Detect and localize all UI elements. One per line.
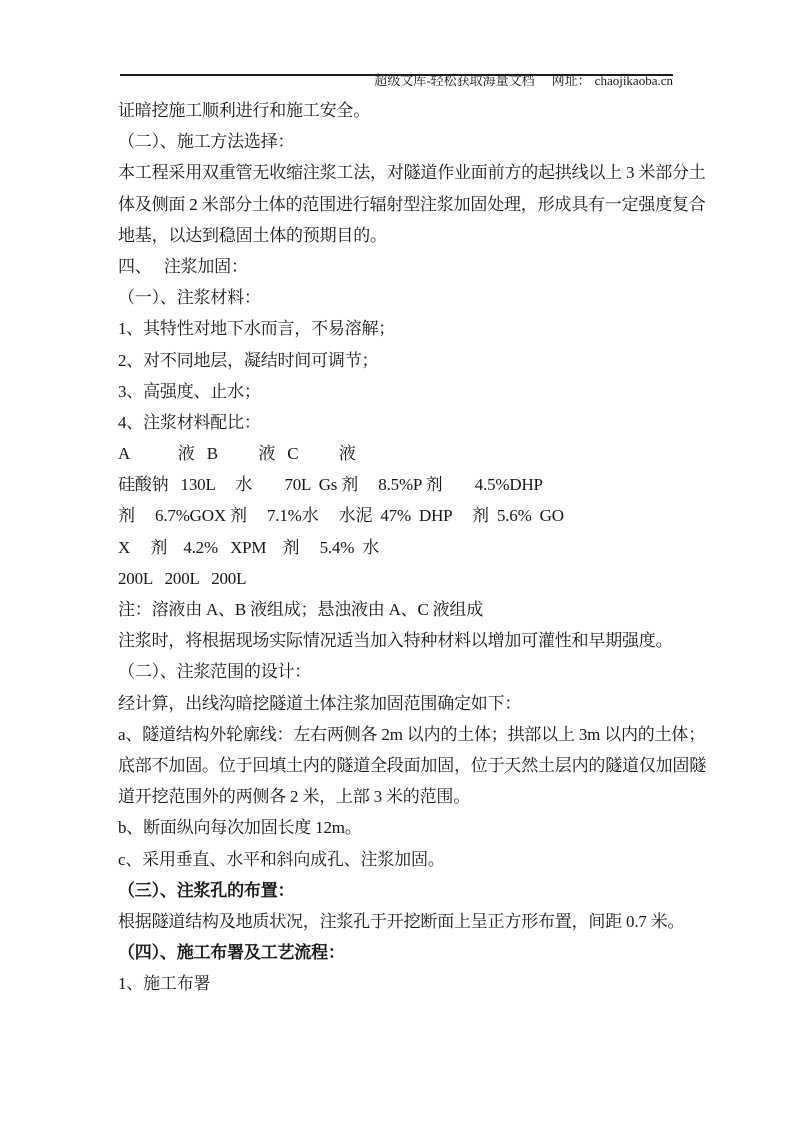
- text-line: 4、注浆材料配比：: [118, 407, 718, 438]
- text-line: 200L 200L 200L: [118, 563, 718, 594]
- text-line: b、断面纵向每次加固长度 12m。: [118, 812, 718, 843]
- text-line: 注：溶液由 A、B 液组成；悬浊液由 A、C 液组成: [118, 594, 718, 625]
- text-line: 经计算，出线沟暗挖隧道土体注浆加固范围确定如下：: [118, 688, 718, 719]
- text-line: 注浆时，将根据现场实际情况适当加入特种材料以增加可灌性和早期强度。: [118, 625, 718, 656]
- text-line: 四、 注浆加固：: [118, 251, 718, 282]
- text-line: （三）、注浆孔的布置：: [118, 875, 718, 906]
- text-line: 剂 6.7%GOX 剂 7.1%水 水泥 47% DHP 剂 5.6% GO: [118, 500, 718, 531]
- document-body: 证暗挖施工顺利进行和施工安全。（二）、施工方法选择：本工程采用双重管无收缩注浆工…: [118, 95, 718, 999]
- text-line: a、隧道结构外轮廓线：左右两侧各 2m 以内的土体；拱部以上 3m 以内的土体；: [118, 719, 718, 750]
- text-line: 体及侧面 2 米部分土体的范围进行辐射型注浆加固处理，形成具有一定强度复合: [118, 189, 718, 220]
- header-rule: [120, 74, 673, 76]
- text-line: 2、对不同地层，凝结时间可调节；: [118, 345, 718, 376]
- text-line: 3、高强度、止水；: [118, 376, 718, 407]
- document-page: 超级文库-轻松获取海量文档网址：chaojikaoba.cn 证暗挖施工顺利进行…: [0, 0, 793, 1122]
- text-line: （一）、注浆材料：: [118, 282, 718, 313]
- text-line: 底部不加固。位于回填土内的隧道全段面加固，位于天然土层内的隧道仅加固隧: [118, 750, 718, 781]
- text-line: 1、其特性对地下水而言，不易溶解；: [118, 313, 718, 344]
- text-line: 硅酸钠 130L 水 70L Gs 剂 8.5%P 剂 4.5%DHP: [118, 469, 718, 500]
- text-line: 地基，以达到稳固土体的预期目的。: [118, 220, 718, 251]
- text-line: 根据隧道结构及地质状况，注浆孔于开挖断面上呈正方形布置，间距 0.7 米。: [118, 906, 718, 937]
- text-line: 证暗挖施工顺利进行和施工安全。: [118, 95, 718, 126]
- text-line: c、采用垂直、水平和斜向成孔、注浆加固。: [118, 844, 718, 875]
- text-line: 1、施工布署: [118, 968, 718, 999]
- text-line: （四）、施工布署及工艺流程：: [118, 937, 718, 968]
- text-line: （二）、施工方法选择：: [118, 126, 718, 157]
- text-line: 道开挖范围外的两侧各 2 米，上部 3 米的范围。: [118, 781, 718, 812]
- text-line: （二）、注浆范围的设计：: [118, 656, 718, 687]
- text-line: X 剂 4.2% XPM 剂 5.4% 水: [118, 532, 718, 563]
- text-line: 本工程采用双重管无收缩注浆工法，对隧道作业面前方的起拱线以上 3 米部分土: [118, 157, 718, 188]
- text-line: A 液 B 液 C 液: [118, 438, 718, 469]
